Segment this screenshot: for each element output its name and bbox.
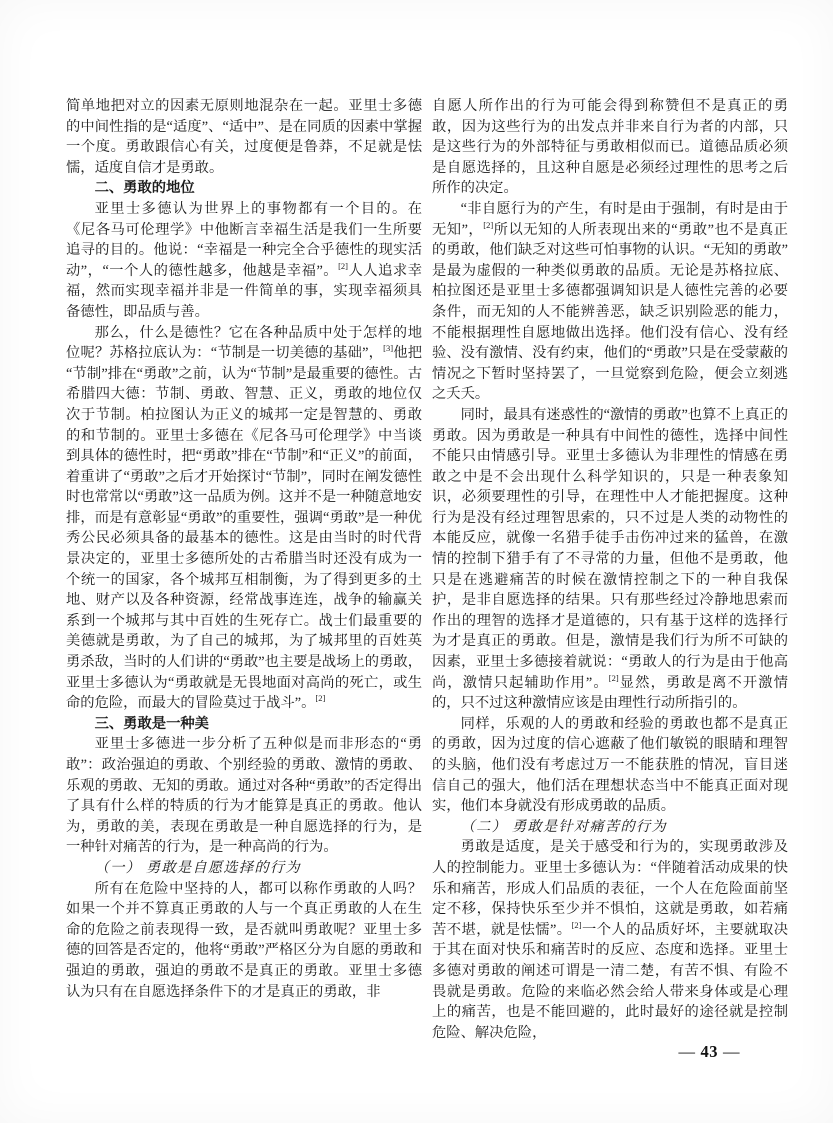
paragraph: “非自愿行为的产生，有时是由于强制，有时是由于无知”，[2]所以无知的人所表现出… (432, 199, 788, 405)
subsection-heading: （二） 勇敢是针对痛苦的行为 (432, 817, 788, 838)
page-number-dash-right: — (718, 1042, 745, 1061)
paragraph: 同样，乐观的人的勇敢和经验的勇敢也都不是真正的勇敢，因为过度的信心遮蔽了他们敏锐… (432, 714, 788, 817)
section-heading: 三、勇敢是一种美 (66, 714, 422, 735)
paragraph: 所有在危险中坚持的人，都可以称作勇敢的人吗？如果一个并不算真正勇敢的人与一个真正… (66, 879, 422, 1003)
right-column: 自愿人所作出的行为可能会得到称赞但不是真正的勇敢，因为这些行为的出发点并非来自行… (432, 96, 788, 1043)
paragraph: 那么，什么是德性？它在各种品质中处于怎样的地位呢？苏格拉底认为：“节制是一切美德… (66, 323, 422, 714)
document-page: 简单地把对立的因素无原则地混杂在一起。亚里士多德的中间性指的是“适度”、“适中”… (0, 0, 833, 1123)
paragraph: 勇敢是适度，是关于感受和行为的，实现勇敢涉及人的控制能力。亚里士多德认为：“伴随… (432, 837, 788, 1043)
page-number-value: 43 (701, 1042, 719, 1061)
paragraph: 自愿人所作出的行为可能会得到称赞但不是真正的勇敢，因为这些行为的出发点并非来自行… (432, 96, 788, 199)
page-number-dash-left: — (674, 1042, 701, 1061)
paragraph: 简单地把对立的因素无原则地混杂在一起。亚里士多德的中间性指的是“适度”、“适中”… (66, 96, 422, 178)
subsection-heading: （一） 勇敢是自愿选择的行为 (66, 858, 422, 879)
section-heading: 二、勇敢的地位 (66, 178, 422, 199)
left-column: 简单地把对立的因素无原则地混杂在一起。亚里士多德的中间性指的是“适度”、“适中”… (66, 96, 422, 1043)
page-content: 简单地把对立的因素无原则地混杂在一起。亚里士多德的中间性指的是“适度”、“适中”… (66, 96, 788, 1043)
paragraph: 亚里士多德认为世界上的事物都有一个目的。在《尼各马可伦理学》中他断言幸福生活是我… (66, 199, 422, 323)
page-number: —43— (674, 1042, 746, 1062)
paragraph: 亚里士多德进一步分析了五种似是而非形态的“勇敢”：政治强迫的勇敢、个别经验的勇敢… (66, 734, 422, 858)
paragraph: 同时，最具有迷惑性的“激情的勇敢”也算不上真正的勇敢。因为勇敢是一种具有中间性的… (432, 405, 788, 714)
